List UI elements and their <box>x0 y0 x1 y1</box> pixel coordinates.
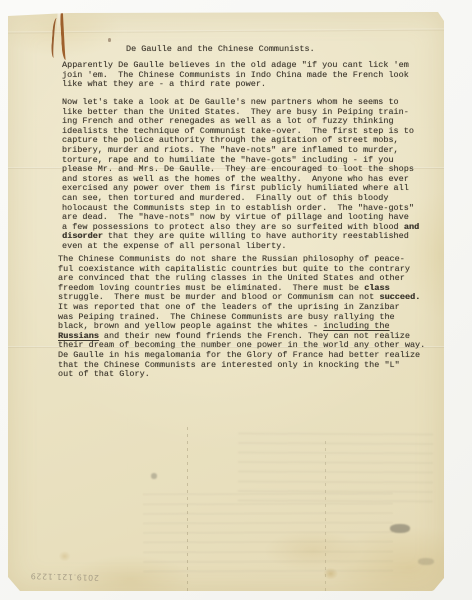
document-page: De Gaulle and the Chinese Communists. Ap… <box>8 12 444 591</box>
paragraph: Now let's take a look at De Gaulle's new… <box>62 98 419 252</box>
text-line: like what they are - a third rate power. <box>62 80 409 90</box>
document-title: De Gaulle and the Chinese Communists. <box>126 45 315 55</box>
paragraph: The Chinese Communists do not share the … <box>58 255 425 380</box>
text-line: even at the expense of all personal libe… <box>62 242 419 252</box>
text-line: out of that Glory. <box>58 370 425 380</box>
typewritten-text-block: De Gaulle and the Chinese Communists. Ap… <box>8 12 444 591</box>
emphasized-text: including the <box>323 321 389 331</box>
paragraph: Apparently De Gaulle believes in the old… <box>62 61 409 90</box>
scan-background: De Gaulle and the Chinese Communists. Ap… <box>0 0 472 600</box>
accession-number-pencil: 2019.121.1229 <box>13 567 99 582</box>
emphasized-text: succeed. <box>379 292 420 302</box>
emphasized-text: disorder <box>62 231 103 241</box>
